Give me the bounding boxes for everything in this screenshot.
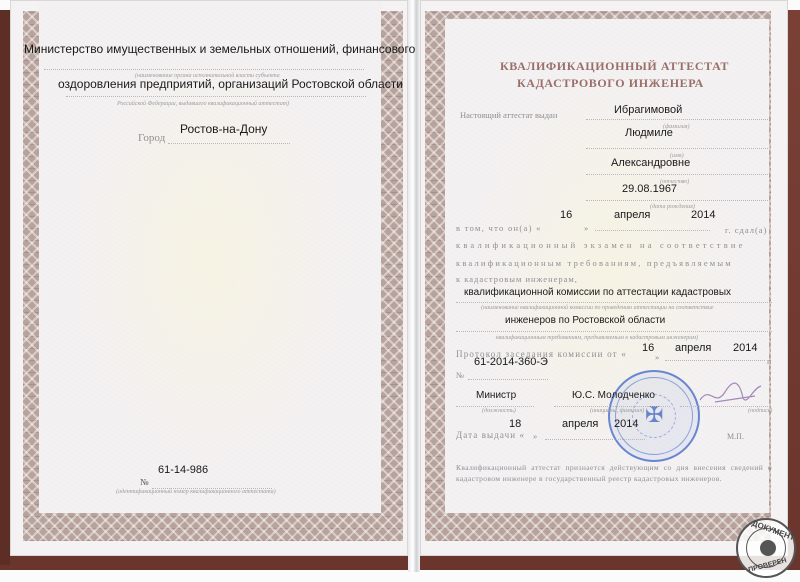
rule xyxy=(665,360,765,361)
exam-text-line3: квалификационным требованиям, предъявляе… xyxy=(456,258,733,268)
signer-name: Ю.С. Молодченко xyxy=(572,390,655,401)
signer-position: Министр xyxy=(476,390,516,401)
protocol-year: 2014 xyxy=(733,342,757,354)
booklet-spine xyxy=(408,0,420,572)
issue-year: 2014 xyxy=(614,418,638,430)
exam-text-line4: к кадастровым инженерам, xyxy=(456,274,578,284)
birth-date-value: 29.08.1967 xyxy=(622,183,677,195)
rule xyxy=(456,406,534,407)
issuing-body-line1: Министерство имущественных и земельных о… xyxy=(24,42,415,56)
commission-hint2: квалификационным требованиям, предъявляе… xyxy=(496,335,698,341)
certificate-number-label: № xyxy=(140,477,149,487)
seal-label: М.П. xyxy=(727,432,744,441)
certificate-title-line2: КАДАСТРОВОГО ИНЖЕНЕРА xyxy=(517,76,704,91)
commission-line2: инженеров по Ростовской области xyxy=(505,315,665,326)
rule xyxy=(586,174,768,175)
rule xyxy=(66,96,366,97)
protocol-day: 16 xyxy=(642,342,654,354)
rule xyxy=(595,230,710,231)
signer-name-hint: (инициалы, фамилия) xyxy=(590,408,644,414)
protocol-number: 61-2014-360-Э xyxy=(474,356,548,368)
issue-day: 18 xyxy=(509,418,521,430)
protocol-month: апреля xyxy=(675,342,711,354)
exam-text-prefix: в том, что он(а) « xyxy=(456,223,542,233)
surname-value: Ибрагимовой xyxy=(614,104,682,116)
city-value: Ростов-на-Дону xyxy=(180,122,267,136)
exam-day: 16 xyxy=(560,209,572,221)
document-verified-stamp: ДОКУМЕНТ ПРОВЕРЕН xyxy=(736,518,796,578)
quote-close: » xyxy=(584,223,588,233)
commission-line1: квалификационной комиссии по аттестации … xyxy=(464,287,731,298)
commission-hint1: (наименование квалификационной комиссии … xyxy=(481,305,714,311)
certificate-title-line1: КВАЛИФИКАЦИОННЫЙ АТТЕСТАТ xyxy=(500,59,729,74)
year-suffix: г. xyxy=(767,356,772,366)
exam-text-line2: квалификационный экзамен на соответствие xyxy=(456,240,746,250)
rule xyxy=(586,119,768,120)
exam-text-suffix: г. сдал(а) xyxy=(725,225,767,235)
patronymic-value: Александровне xyxy=(611,157,690,169)
certificate-number: 61-14-986 xyxy=(158,464,208,476)
official-seal: ✠ xyxy=(608,370,700,462)
rule xyxy=(680,406,770,407)
signer-position-hint: (должность) xyxy=(482,408,516,414)
cover-edge xyxy=(0,10,10,565)
signature-hint: (подпись) xyxy=(748,408,772,414)
magnifier-icon xyxy=(760,540,776,556)
exam-year: 2014 xyxy=(691,209,715,221)
rule xyxy=(44,69,364,70)
issue-month: апреля xyxy=(562,418,598,430)
rule xyxy=(586,148,768,149)
issuing-body-hint2: Российской Федерации, выдавшего квалифик… xyxy=(117,101,289,107)
rule xyxy=(468,379,548,380)
quote-close: » xyxy=(655,352,659,362)
issued-to-label: Настоящий аттестат выдан xyxy=(460,110,557,120)
rule xyxy=(545,439,645,440)
rule xyxy=(586,200,768,201)
exam-month: апреля xyxy=(614,209,650,221)
quote-close: » xyxy=(533,431,537,441)
footnote: Квалификационный аттестат признается дей… xyxy=(456,462,772,484)
issuing-body-line2: оздоровления предприятий, организаций Ро… xyxy=(58,77,403,91)
rule xyxy=(456,331,772,332)
rule xyxy=(168,143,290,144)
certificate-number-hint: (идентификационный номер квалификационно… xyxy=(116,489,276,495)
rule xyxy=(456,302,772,303)
issue-date-label: Дата выдачи « xyxy=(456,430,525,440)
city-label: Город xyxy=(138,132,165,144)
first-name-value: Людмиле xyxy=(625,127,673,139)
birth-date-hint: (дата рождения) xyxy=(650,204,695,210)
rule xyxy=(554,406,670,407)
protocol-number-label: № xyxy=(456,370,464,380)
